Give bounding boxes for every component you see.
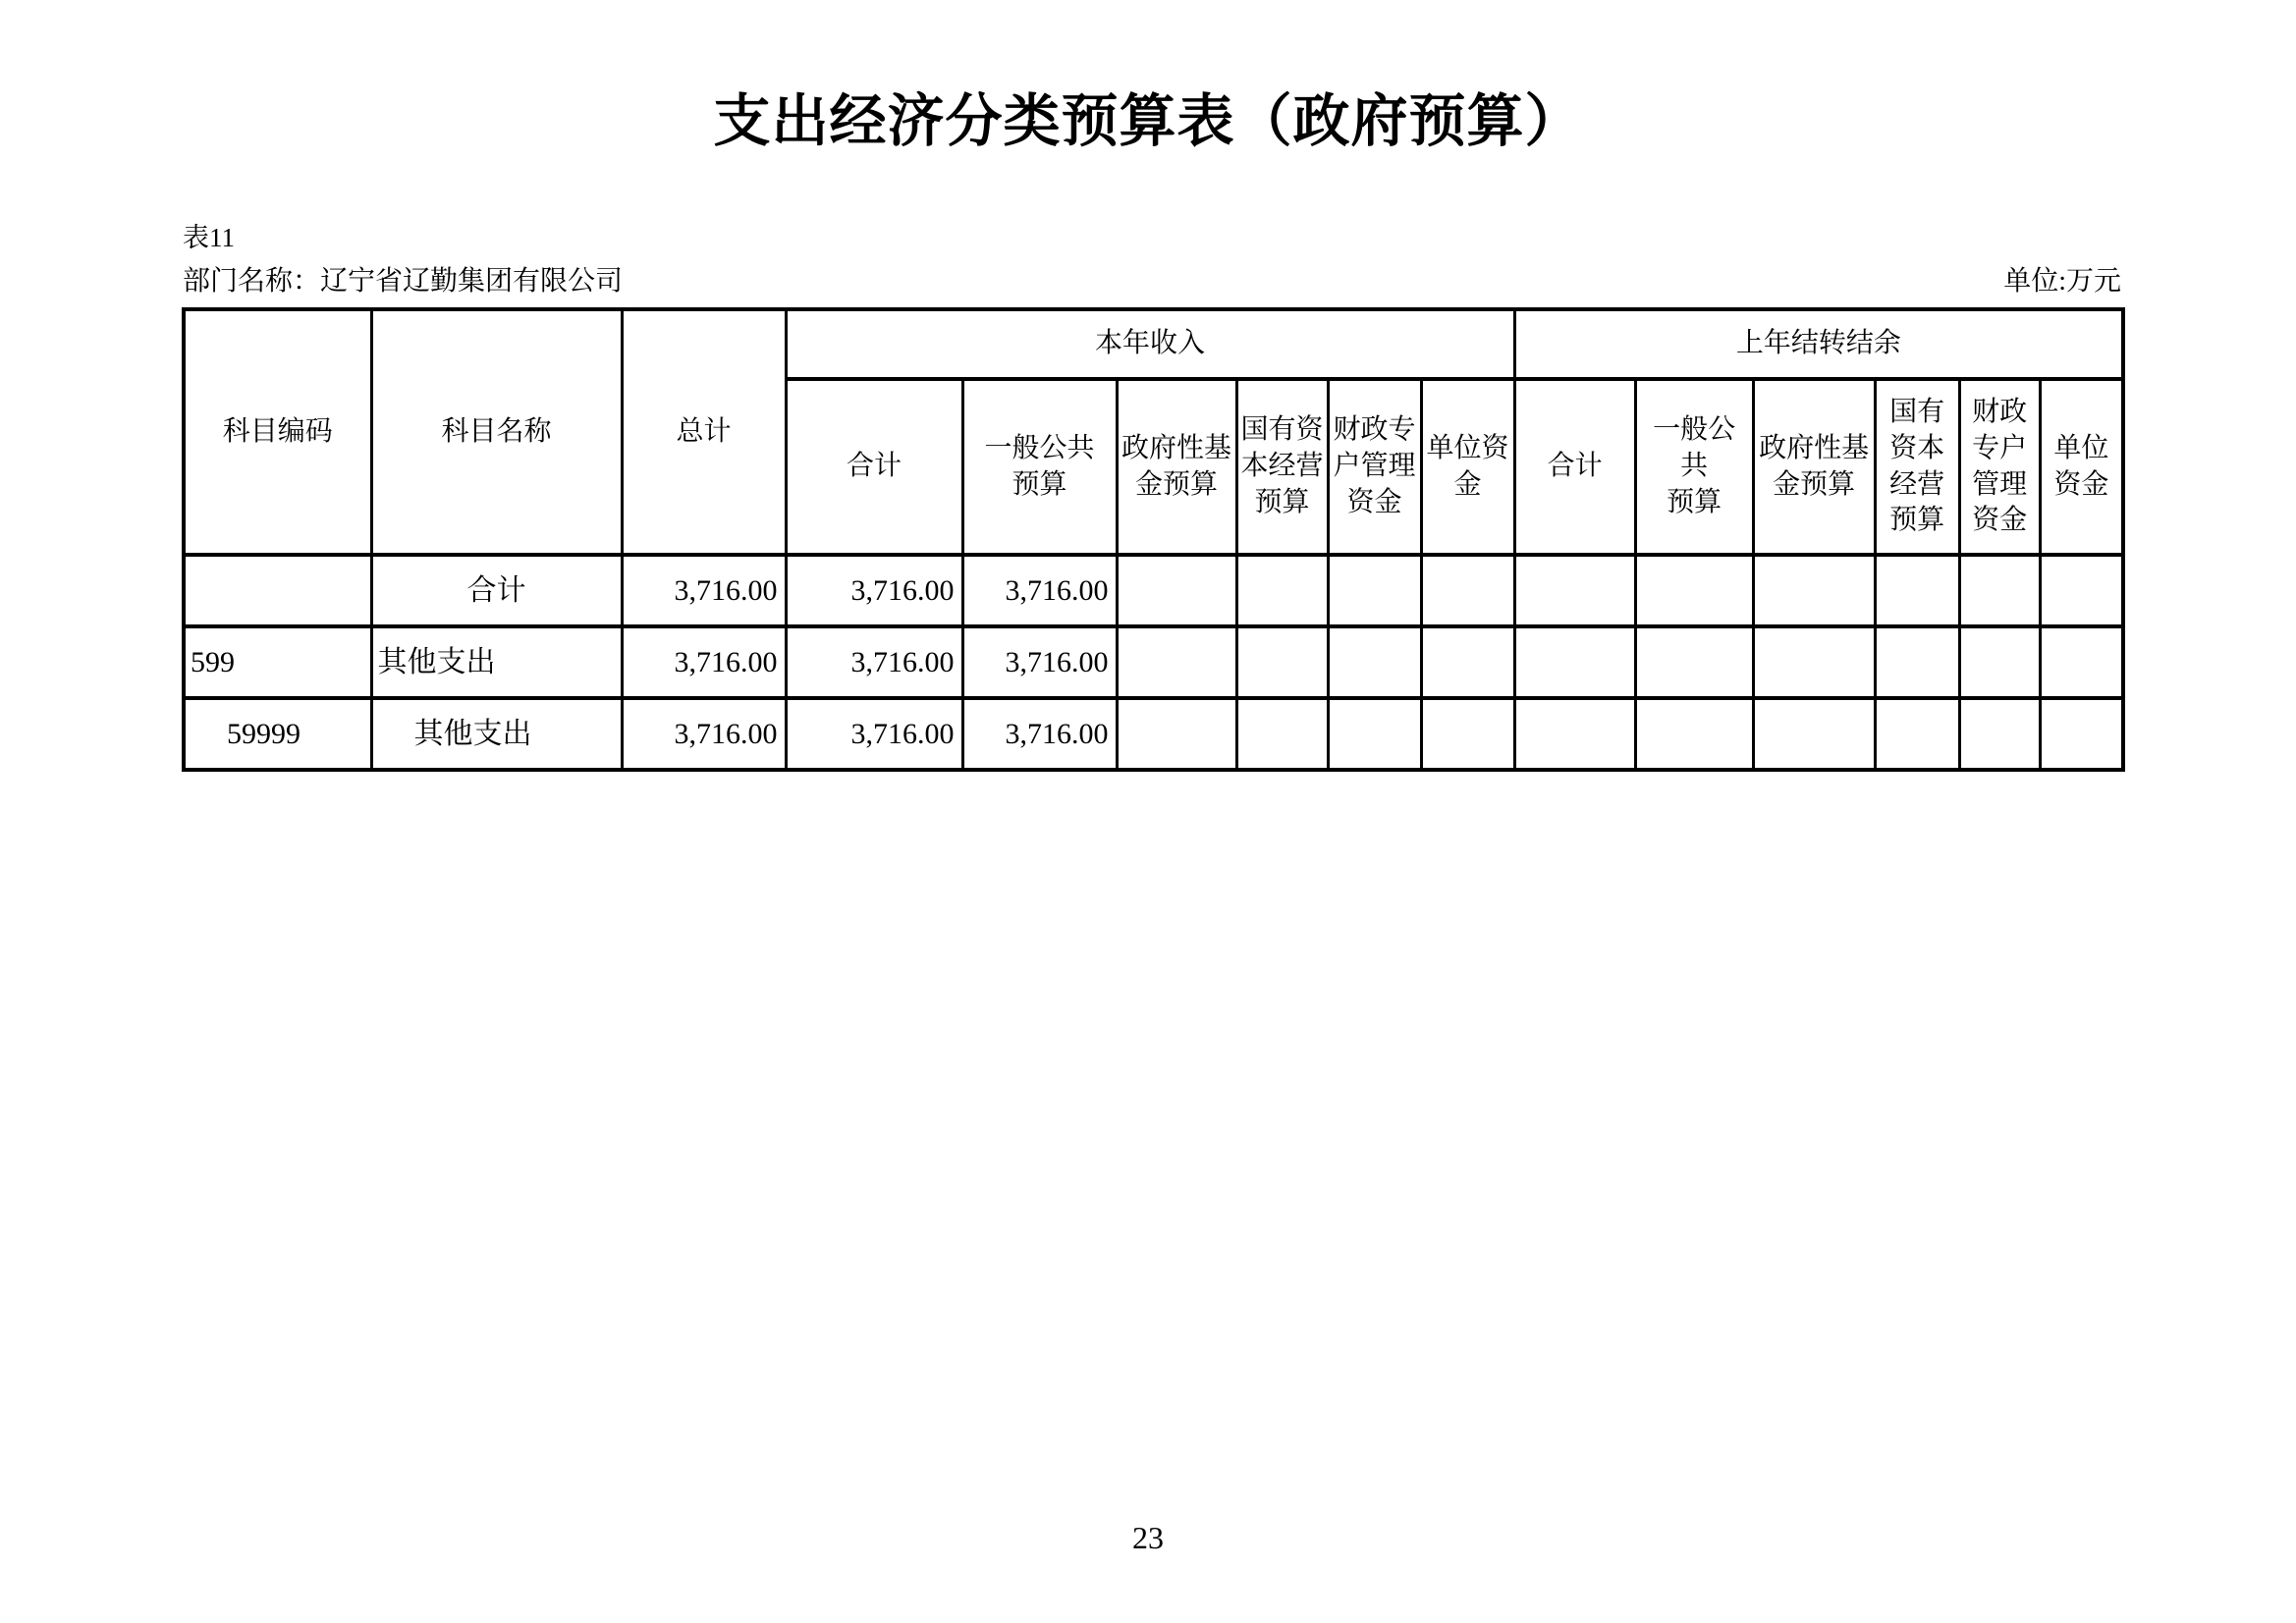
cell-value [1117, 626, 1236, 698]
table-number-label: 表11 [183, 222, 235, 253]
cell-value [2040, 555, 2123, 626]
col-header-grand-total: 总计 [622, 309, 786, 555]
cell-name: 合计 [371, 555, 622, 626]
cell-value [1236, 555, 1328, 626]
department-name-label: 部门名称：辽宁省辽勤集团有限公司 [183, 265, 623, 298]
cell-value: 3,716.00 [962, 555, 1117, 626]
document-page: 支出经济分类预算表（政府预算） 表11 部门名称：辽宁省辽勤集团有限公司 单位:… [0, 0, 2296, 1623]
cell-code: 599 [184, 626, 371, 698]
cell-value [1514, 698, 1635, 770]
subheader-cy-general-public-budget: 一般公共 预算 [962, 379, 1117, 555]
cell-value [1328, 555, 1421, 626]
cell-value [1117, 555, 1236, 626]
cell-value [1875, 626, 1959, 698]
group-header-prior-year-carryover: 上年结转结余 [1514, 309, 2123, 379]
cell-value [1328, 698, 1421, 770]
cell-value [1236, 626, 1328, 698]
cell-name: 其他支出 [371, 698, 622, 770]
cell-value [1753, 555, 1875, 626]
header-row-groups: 科目编码 科目名称 总计 本年收入 上年结转结余 [184, 309, 2123, 379]
cell-grand-total: 3,716.00 [622, 698, 786, 770]
cell-value [1635, 626, 1753, 698]
cell-value [1421, 626, 1514, 698]
subheader-py-unit-funds: 单位 资金 [2040, 379, 2123, 555]
cell-value [1959, 555, 2040, 626]
cell-code: 59999 [184, 698, 371, 770]
cell-value: 3,716.00 [786, 698, 962, 770]
unit-label: 单位:万元 [2003, 265, 2121, 298]
cell-value [1959, 626, 2040, 698]
subheader-py-total: 合计 [1514, 379, 1635, 555]
page-title: 支出经济分类预算表（政府预算） [0, 90, 2296, 153]
subheader-cy-fiscal-special-account: 财政专 户管理 资金 [1328, 379, 1421, 555]
cell-value [1328, 626, 1421, 698]
subheader-py-general-public-budget: 一般公 共 预算 [1635, 379, 1753, 555]
cell-value [1514, 626, 1635, 698]
cell-grand-total: 3,716.00 [622, 626, 786, 698]
cell-value [1875, 698, 1959, 770]
table-row-59999: 59999 其他支出 3,716.00 3,716.00 3,716.00 [184, 698, 2123, 770]
col-header-subject-name: 科目名称 [371, 309, 622, 555]
cell-value [1635, 555, 1753, 626]
cell-value: 3,716.00 [786, 555, 962, 626]
cell-value [1875, 555, 1959, 626]
cell-value [2040, 626, 2123, 698]
cell-value: 3,716.00 [962, 698, 1117, 770]
cell-value [1421, 555, 1514, 626]
group-header-current-year-income: 本年收入 [786, 309, 1514, 379]
cell-value [1514, 555, 1635, 626]
cell-value [1753, 698, 1875, 770]
cell-value [1236, 698, 1328, 770]
col-header-subject-code: 科目编码 [184, 309, 371, 555]
subheader-cy-unit-funds: 单位资 金 [1421, 379, 1514, 555]
cell-code [184, 555, 371, 626]
table-row-599: 599 其他支出 3,716.00 3,716.00 3,716.00 [184, 626, 2123, 698]
subheader-cy-total: 合计 [786, 379, 962, 555]
cell-value [1117, 698, 1236, 770]
subheader-cy-state-capital-budget: 国有资 本经营 预算 [1236, 379, 1328, 555]
page-number: 23 [0, 1520, 2296, 1556]
cell-value: 3,716.00 [786, 626, 962, 698]
cell-name: 其他支出 [371, 626, 622, 698]
cell-value [1421, 698, 1514, 770]
cell-value [2040, 698, 2123, 770]
budget-table: 科目编码 科目名称 总计 本年收入 上年结转结余 合计 一般公共 预算 政府性基… [182, 307, 2125, 772]
subheader-py-fiscal-special-account: 财政 专户 管理 资金 [1959, 379, 2040, 555]
cell-value [1635, 698, 1753, 770]
subheader-cy-govt-fund-budget: 政府性基 金预算 [1117, 379, 1236, 555]
subheader-py-govt-fund-budget: 政府性基 金预算 [1753, 379, 1875, 555]
cell-value [1753, 626, 1875, 698]
table-row-total: 合计 3,716.00 3,716.00 3,716.00 [184, 555, 2123, 626]
subheader-py-state-capital-budget: 国有 资本 经营 预算 [1875, 379, 1959, 555]
cell-grand-total: 3,716.00 [622, 555, 786, 626]
cell-value [1959, 698, 2040, 770]
cell-value: 3,716.00 [962, 626, 1117, 698]
